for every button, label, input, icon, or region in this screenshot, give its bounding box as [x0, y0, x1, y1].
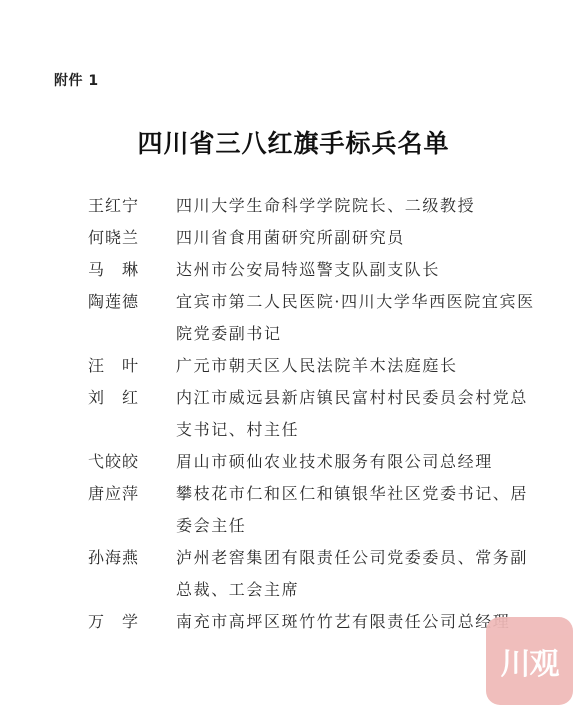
honoree-name: 刘 红 — [88, 382, 176, 446]
list-item: 弋皎皎 眉山市硕仙农业技术服务有限公司总经理 — [88, 446, 548, 478]
honoree-name: 何晓兰 — [88, 222, 176, 254]
list-item: 马 琳 达州市公安局特巡警支队副支队长 — [88, 254, 548, 286]
honoree-name: 陶莲德 — [88, 286, 176, 350]
list-item: 王红宁 四川大学生命科学学院院长、二级教授 — [88, 190, 548, 222]
honoree-name: 马 琳 — [88, 254, 176, 286]
honoree-description: 达州市公安局特巡警支队副支队长 — [176, 254, 544, 286]
list-item: 何晓兰 四川省食用菌研究所副研究员 — [88, 222, 548, 254]
honoree-description: 眉山市硕仙农业技术服务有限公司总经理 — [176, 446, 544, 478]
honoree-name: 万 学 — [88, 606, 176, 638]
honoree-description: 泸州老窖集团有限责任公司党委委员、常务副总裁、工会主席 — [176, 542, 544, 606]
list-item: 陶莲德 宜宾市第二人民医院·四川大学华西医院宜宾医院党委副书记 — [88, 286, 548, 350]
honoree-name: 唐应萍 — [88, 478, 176, 542]
chuanguan-watermark-logo: 川观 — [486, 617, 573, 705]
honoree-description: 攀枝花市仁和区仁和镇银华社区党委书记、居委会主任 — [176, 478, 544, 542]
honoree-name: 汪 叶 — [88, 350, 176, 382]
honoree-name: 王红宁 — [88, 190, 176, 222]
list-item: 万 学 南充市高坪区斑竹竹艺有限责任公司总经理 — [88, 606, 548, 638]
honoree-name: 孙海燕 — [88, 542, 176, 606]
list-item: 孙海燕 泸州老窖集团有限责任公司党委委员、常务副总裁、工会主席 — [88, 542, 548, 606]
honoree-name: 弋皎皎 — [88, 446, 176, 478]
honoree-list: 王红宁 四川大学生命科学学院院长、二级教授 何晓兰 四川省食用菌研究所副研究员 … — [88, 190, 548, 638]
list-item: 刘 红 内江市威远县新店镇民富村村民委员会村党总支书记、村主任 — [88, 382, 548, 446]
honoree-description: 宜宾市第二人民医院·四川大学华西医院宜宾医院党委副书记 — [176, 286, 544, 350]
honoree-description: 四川省食用菌研究所副研究员 — [176, 222, 544, 254]
honoree-description: 四川大学生命科学学院院长、二级教授 — [176, 190, 544, 222]
document-title: 四川省三八红旗手标兵名单 — [0, 124, 583, 160]
attachment-label: 附件 1 — [54, 70, 99, 90]
honoree-description: 广元市朝天区人民法院羊木法庭庭长 — [176, 350, 544, 382]
list-item: 唐应萍 攀枝花市仁和区仁和镇银华社区党委书记、居委会主任 — [88, 478, 548, 542]
honoree-description: 内江市威远县新店镇民富村村民委员会村党总支书记、村主任 — [176, 382, 544, 446]
list-item: 汪 叶 广元市朝天区人民法院羊木法庭庭长 — [88, 350, 548, 382]
